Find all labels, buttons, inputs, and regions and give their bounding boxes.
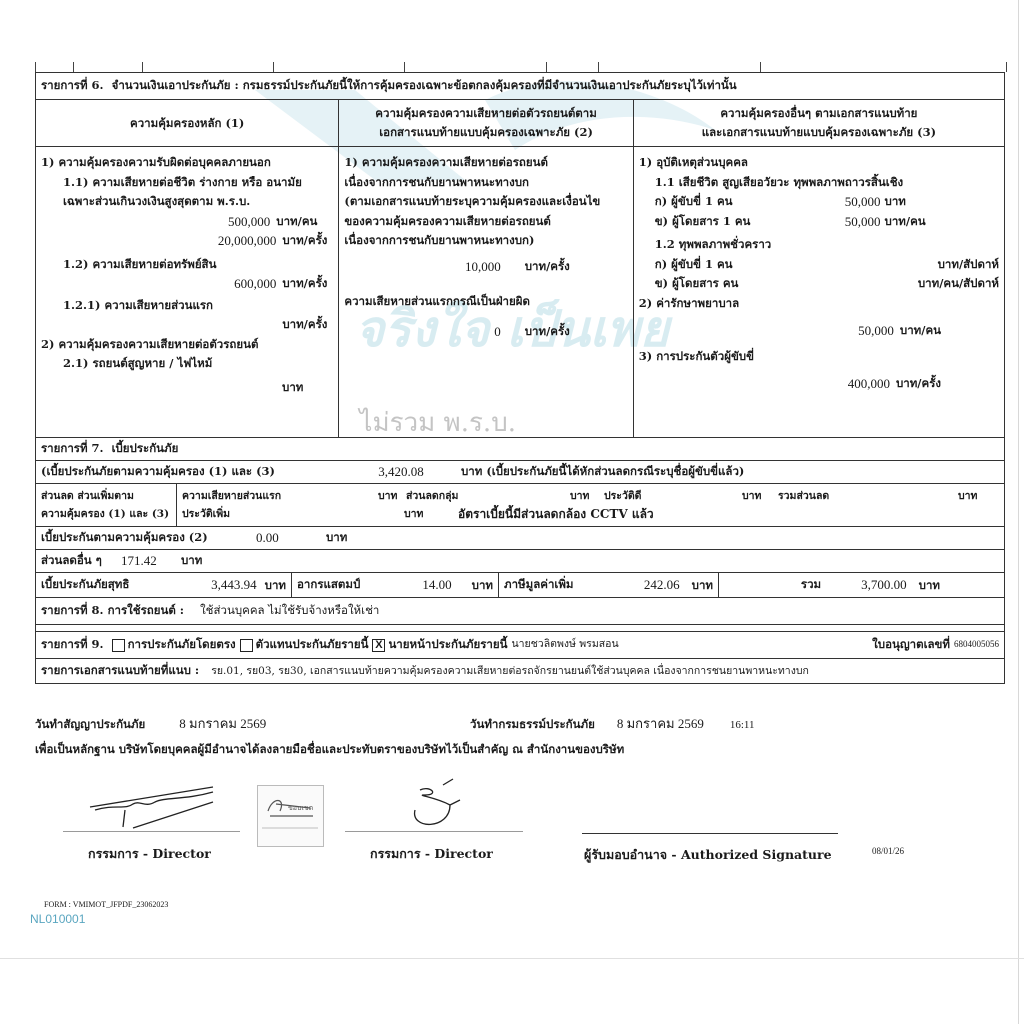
attachments-row: รายการเอกสารแนบท้ายที่แนบ : รย.01, รย03,… <box>35 659 1005 684</box>
section6-number: รายการที่ 6. <box>41 78 104 92</box>
other-discount-row: ส่วนลดอื่น ๆ 171.42 บาท <box>35 550 1005 573</box>
previous-section-stub <box>35 62 1007 72</box>
section7-title-row: รายการที่ 7. เบี้ยประกันภัย <box>35 438 1005 461</box>
vehicle-damage-column: 1) ความคุ้มครองความเสียหายต่อรถยนต์ เนื่… <box>338 147 632 437</box>
insurance-policy-page: จริงใจ เป็นเพย รายการที่ 6. จำนวนเงินเอา… <box>0 0 1024 1024</box>
document-code: NL010001 <box>30 912 85 926</box>
authorized-signature-label: ผู้รับมอบอำนาจ - Authorized Signature <box>584 845 832 865</box>
stamp-duty: อากรแสตมป์ 14.00 บาท <box>291 573 498 597</box>
witness-statement: เพื่อเป็นหลักฐาน บริษัทโดยบุคคลผู้มีอำนา… <box>35 741 624 759</box>
property-damage-amount: 600,000บาท/ครั้ง <box>41 274 333 294</box>
third-party-liability-heading: 1) ความคุ้มครองความรับผิดต่อบุคคลภายนอก <box>41 153 333 173</box>
signature-date: 08/01/26 <box>872 846 904 856</box>
other-coverage-column: 1) อุบัติเหตุส่วนบุคคล 1.1 เสียชีวิต สูญ… <box>633 147 1004 437</box>
section8-row: รายการที่ 8. การใช้รถยนต์ : ใช้ส่วนบุคคล… <box>35 598 1005 625</box>
broker-checkbox[interactable]: X <box>372 639 385 652</box>
main-coverage-column: 1) ความคุ้มครองความรับผิดต่อบุคคลภายนอก … <box>36 147 338 437</box>
director1-signature <box>85 782 215 832</box>
company-seal: ขอบเขต <box>257 785 324 847</box>
cctv-discount-note: อัตราเบี้ยนี้มีส่วนลดกล้อง CCTV แล้ว <box>458 505 654 523</box>
header-other-coverage: ความคุ้มครองอื่นๆ ตามเอกสารแนบท้าย และเอ… <box>633 100 1004 146</box>
agent-checkbox[interactable] <box>240 639 253 652</box>
property-deductible: บาท/ครั้ง <box>41 315 333 335</box>
section6-header-row: ความคุ้มครองหลัก (1) ความคุ้มครองความเสี… <box>35 100 1005 147</box>
discount-adjustment-row: ส่วนลด ส่วนเพิ่มตาม ความคุ้มครอง (1) และ… <box>35 484 1005 527</box>
vehicle-usage: ใช้ส่วนบุคคล ไม่ใช้รับจ้างหรือให้เช่า <box>200 603 379 617</box>
at-fault-deductible: 0บาท/ครั้ง <box>344 322 627 342</box>
pa-passenger: ข) ผู้โดยสาร 1 คน 50,000 บาท/คน <box>639 212 999 232</box>
section6-body-row: 1) ความคุ้มครองความรับผิดต่อบุคคลภายนอก … <box>35 147 1005 438</box>
director2-signature <box>395 775 465 835</box>
vehicle-collision-amount: 10,000บาท/ครั้ง <box>344 257 627 277</box>
section6-title-row: รายการที่ 6. จำนวนเงินเอาประกันภัย : กรม… <box>35 72 1005 100</box>
vat: ภาษีมูลค่าเพิ่ม 242.06 บาท <box>498 573 718 597</box>
policy-issue-date: วันทำกรมธรรม์ประกันภัย 8 มกราคม 2569 16:… <box>470 713 755 734</box>
section9-row: รายการที่ 9. การประกันภัยโดยตรง ตัวแทนปร… <box>35 631 1005 659</box>
form-code: FORM : VMIMOT_JFPDF_23062023 <box>44 900 168 909</box>
director2-label: กรรมการ - Director <box>370 844 493 864</box>
medical-expense-amount: 50,000บาท/คน <box>639 321 999 341</box>
broker-name: นายชวลิตพงษ์ พรมสอน <box>511 635 618 655</box>
contract-date: วันทำสัญญาประกันภัย 8 มกราคม 2569 <box>35 713 266 734</box>
page-edge-bottom <box>0 958 1024 959</box>
section6-title: จำนวนเงินเอาประกันภัย : กรมธรรม์ประกันภั… <box>112 78 737 92</box>
director1-label: กรรมการ - Director <box>88 844 211 864</box>
net-premium: เบี้ยประกันภัยสุทธิ 3,443.94 บาท <box>36 572 291 599</box>
temp-disability-driver: ก) ผู้ขับขี่ 1 คนบาท/สัปดาห์ <box>639 255 999 275</box>
theft-fire-amount: บาท <box>41 378 333 398</box>
header-vehicle-damage-coverage: ความคุ้มครองความเสียหายต่อตัวรถยนต์ตาม เ… <box>338 100 632 146</box>
direct-insurance-checkbox[interactable] <box>112 639 125 652</box>
header-main-coverage: ความคุ้มครองหลัก (1) <box>36 100 338 146</box>
premium-row: (เบี้ยประกันภัยตามความคุ้มครอง (1) และ (… <box>35 461 1005 484</box>
premium-amount: 3,420.08 <box>346 459 456 485</box>
excludes-compulsory-note: ไม่รวม พ.ร.บ. <box>359 402 516 443</box>
bodily-injury-per-person: 500,000บาท/คน <box>41 212 333 232</box>
page-edge <box>1018 0 1019 1024</box>
svg-text:ขอบเขต: ขอบเขต <box>288 804 314 812</box>
policy-schedule: รายการที่ 6. จำนวนเงินเอาประกันภัย : กรม… <box>35 72 1005 684</box>
pa-driver: ก) ผู้ขับขี่ 1 คน 50,000 บาท <box>639 192 999 212</box>
coverage2-premium-row: เบี้ยประกันตามความคุ้มครอง (2) 0.00 บาท <box>35 527 1005 550</box>
grand-total: รวม 3,700.00 บาท <box>718 573 1004 597</box>
license-number: 6804005056 <box>954 635 999 655</box>
bodily-injury-per-accident: 20,000,000บาท/ครั้ง <box>41 231 333 251</box>
premium-totals-row: เบี้ยประกันภัยสุทธิ 3,443.94 บาท อากรแสต… <box>35 573 1005 598</box>
bail-bond-amount: 400,000บาท/ครั้ง <box>639 374 999 394</box>
attachment-list: รย.01, รย03, รย30, เอกสารแนบท้ายความคุ้ม… <box>211 665 809 677</box>
temp-disability-passenger: ข) ผู้โดยสาร คนบาท/คน/สัปดาห์ <box>639 274 999 294</box>
